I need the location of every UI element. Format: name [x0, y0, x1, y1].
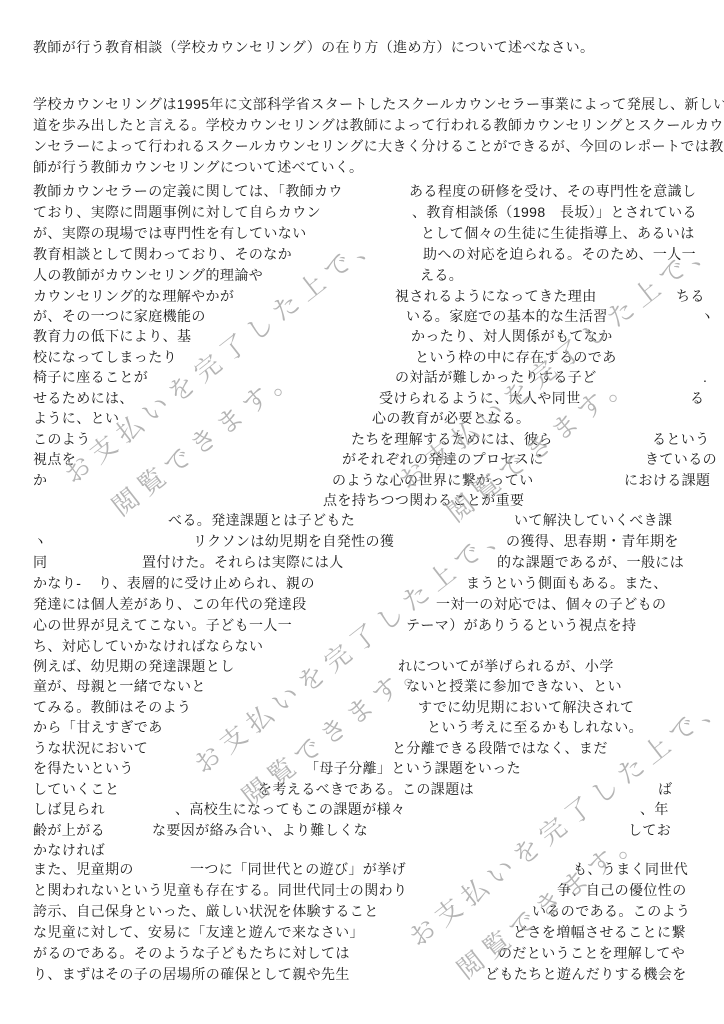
text-fragment: べる。発達課題とは子どもた [168, 511, 355, 529]
text-fragment: 例えば、幼児期の発達課題とし [33, 657, 235, 675]
text-fragment: 心の世界が見えてこない。子ども一人一 [33, 616, 292, 634]
text-fragment: 、教育相談係（1998 長坂）」とされている [412, 203, 697, 221]
text-fragment: どもたちと遊んだりする機会を [485, 965, 687, 983]
text-fragment: 置付けた。それらは実際には人 [142, 553, 344, 571]
text-fragment: という考えに至るかもしれない。 [427, 718, 643, 736]
text-fragment: 同 [33, 553, 47, 571]
report-title: 教師が行う教育相談（学校カウンセリング）の在り方（進め方）について述べなさい。 [33, 38, 594, 56]
text-fragment: リクソンは幼児期を自発性の獲 [193, 532, 394, 550]
text-fragment: 視されるようになってきた理由 [395, 287, 597, 305]
text-fragment: かなり- [33, 574, 81, 592]
text-fragment: から「甘えすぎであ [33, 718, 163, 736]
text-fragment: ち、対応していかなければならない [33, 637, 263, 655]
text-fragment: テーマ）がありうるという視点を持 [406, 616, 636, 634]
text-fragment: も、うまく同世代 [573, 860, 688, 878]
text-fragment: てみる。教師はそのよう [33, 698, 191, 716]
text-fragment: ば [658, 780, 672, 798]
text-fragment: 点を持ちつつ関わることが重要 [323, 491, 524, 509]
text-fragment: り、まずはその子の居場所の確保として親や先生 [33, 965, 350, 983]
text-fragment: える。 [420, 266, 463, 284]
text-fragment: まうという側面もある。また、 [466, 574, 668, 592]
text-fragment: として個々の生徒に生徒指導上、あるいは [421, 224, 695, 242]
text-fragment: 童が、母親と一緒でないと [33, 677, 206, 695]
text-fragment: 椅子に座ることが [33, 368, 148, 386]
text-fragment: 「母子分離」という課題をいった [305, 759, 521, 777]
text-fragment: せるためには、 [33, 389, 134, 407]
text-fragment: が、その一つに家庭機能の [33, 307, 206, 325]
text-fragment: 、高校生になってもこの課題が様々 [175, 800, 405, 818]
text-fragment: たちを理解するためには、彼ら [351, 430, 553, 448]
text-fragment: すでに幼児期において解決されて [418, 698, 634, 716]
text-fragment: していくこと [33, 780, 119, 798]
text-fragment: いて解決していくべき課 [514, 511, 672, 529]
text-fragment: しば見られ [33, 800, 105, 818]
text-fragment: 心の教育が必要となる。 [372, 409, 530, 427]
text-fragment: 教育相談として関わっており、そのなか [33, 245, 292, 263]
text-fragment: 争、自己の優位性の [557, 881, 687, 899]
text-fragment: の対話が難しかったりする子ど [395, 368, 597, 386]
text-fragment: を得たいという [33, 759, 134, 777]
text-fragment: のだということを理解してや [498, 944, 685, 962]
text-fragment: か [33, 471, 47, 489]
text-fragment: ており、実際に問題事例に対して自らカウン [33, 203, 321, 221]
text-fragment: 齢が上がる [33, 821, 105, 839]
text-fragment: と関われないという児童も存在する。同世代同士の関わり [33, 881, 407, 899]
text-fragment: . [703, 368, 707, 386]
text-fragment: のような心の世界に繋がってい [332, 471, 534, 489]
text-fragment: る [690, 389, 704, 407]
text-fragment: ヽ [700, 307, 714, 325]
text-fragment: 校になってしまったり [33, 348, 177, 366]
text-fragment: このよう [33, 430, 91, 448]
text-fragment: 一つに「同世代との遊び」が挙げ [190, 860, 406, 878]
text-fragment: が、実際の現場では専門性を有していない [33, 224, 307, 242]
text-fragment: 人の教師がカウンセリング的理論や [33, 266, 263, 284]
text-fragment: 道を歩み出したと言える。学校カウンセリングは教師によって行われる教師カウンセリン… [33, 116, 724, 134]
text-fragment: 視点を [33, 450, 76, 468]
text-fragment: れについてが挙げられるが、小学 [398, 657, 614, 675]
document-page: 教師が行う教育相談（学校カウンセリング）の在り方（進め方）について述べなさい。 … [0, 0, 724, 1024]
text-fragment: ように、とい [33, 409, 119, 427]
text-fragment: 助への対応を迫られる。そのため、一人一 [423, 245, 696, 263]
text-fragment: きているの [645, 450, 717, 468]
text-fragment: ちる [676, 287, 705, 305]
text-fragment: 的な課題であるが、一般には [497, 553, 684, 571]
text-fragment: り、表層的に受け止められ、親の [98, 574, 315, 592]
text-fragment: カウンセリング的な理解やかが [33, 287, 234, 305]
text-fragment: 誇示、自己保身といった、厳しい状況を体験すること [33, 902, 379, 920]
text-fragment: ある程度の研修を受け、その専門性を意識し [409, 182, 696, 200]
text-fragment: かなければ [33, 841, 105, 859]
text-fragment: がそれぞれの発達のプロセスに [342, 450, 544, 468]
text-fragment: 教育力の低下により、基 [33, 327, 191, 345]
text-fragment: かったり、対人関係がもてなか [411, 327, 613, 345]
text-fragment: 教師カウンセラーの定義に関しては、「教師カウ [33, 182, 343, 200]
text-fragment: してお [628, 821, 671, 839]
text-fragment: における課題 [624, 471, 710, 489]
text-fragment: 発達には個人差があり、この年代の発達段 [33, 595, 307, 613]
text-fragment: な児童に対して、安易に「友達と遊んで来なさい」 [33, 923, 364, 941]
text-fragment: 受けられるように、大人や同世 [379, 389, 581, 407]
text-fragment: るという [652, 430, 710, 448]
text-fragment: ないと授業に参加できない、とい [406, 677, 622, 695]
text-fragment: ヽ [33, 532, 47, 550]
text-fragment: いる。家庭での基本的な生活習 [406, 307, 608, 325]
text-fragment: 学校カウンセリングは1995年に文部科学省スタートしたスクールカウンセラー事業に… [33, 95, 724, 113]
text-fragment: 、年 [640, 800, 669, 818]
text-fragment: また、児童期の [33, 860, 134, 878]
text-fragment: の獲得、思春期・青年期を [506, 532, 679, 550]
text-fragment: 一対一の対応では、個々の子どもの [436, 595, 666, 613]
text-fragment: な要因が絡み合い、より難しくな [152, 821, 368, 839]
text-fragment: いるのである。このよう [532, 902, 690, 920]
text-fragment: という枠の中に存在するのであ [415, 348, 617, 366]
text-fragment: うな状況において [33, 739, 148, 757]
text-fragment: と分離できる段階ではなく、まだ [392, 739, 608, 757]
text-fragment: どさを増幅させることに繋 [513, 923, 686, 941]
text-fragment: がるのである。そのような子どもたちに対しては [33, 944, 350, 962]
text-fragment: 師が行う教師カウンセリングについて述べていく。 [33, 158, 363, 176]
text-fragment: ンセラーによって行われるスクールカウンセリングに大きく分けることができるが、今回… [33, 137, 724, 155]
text-fragment: を考えるべきである。この課題は [258, 780, 474, 798]
